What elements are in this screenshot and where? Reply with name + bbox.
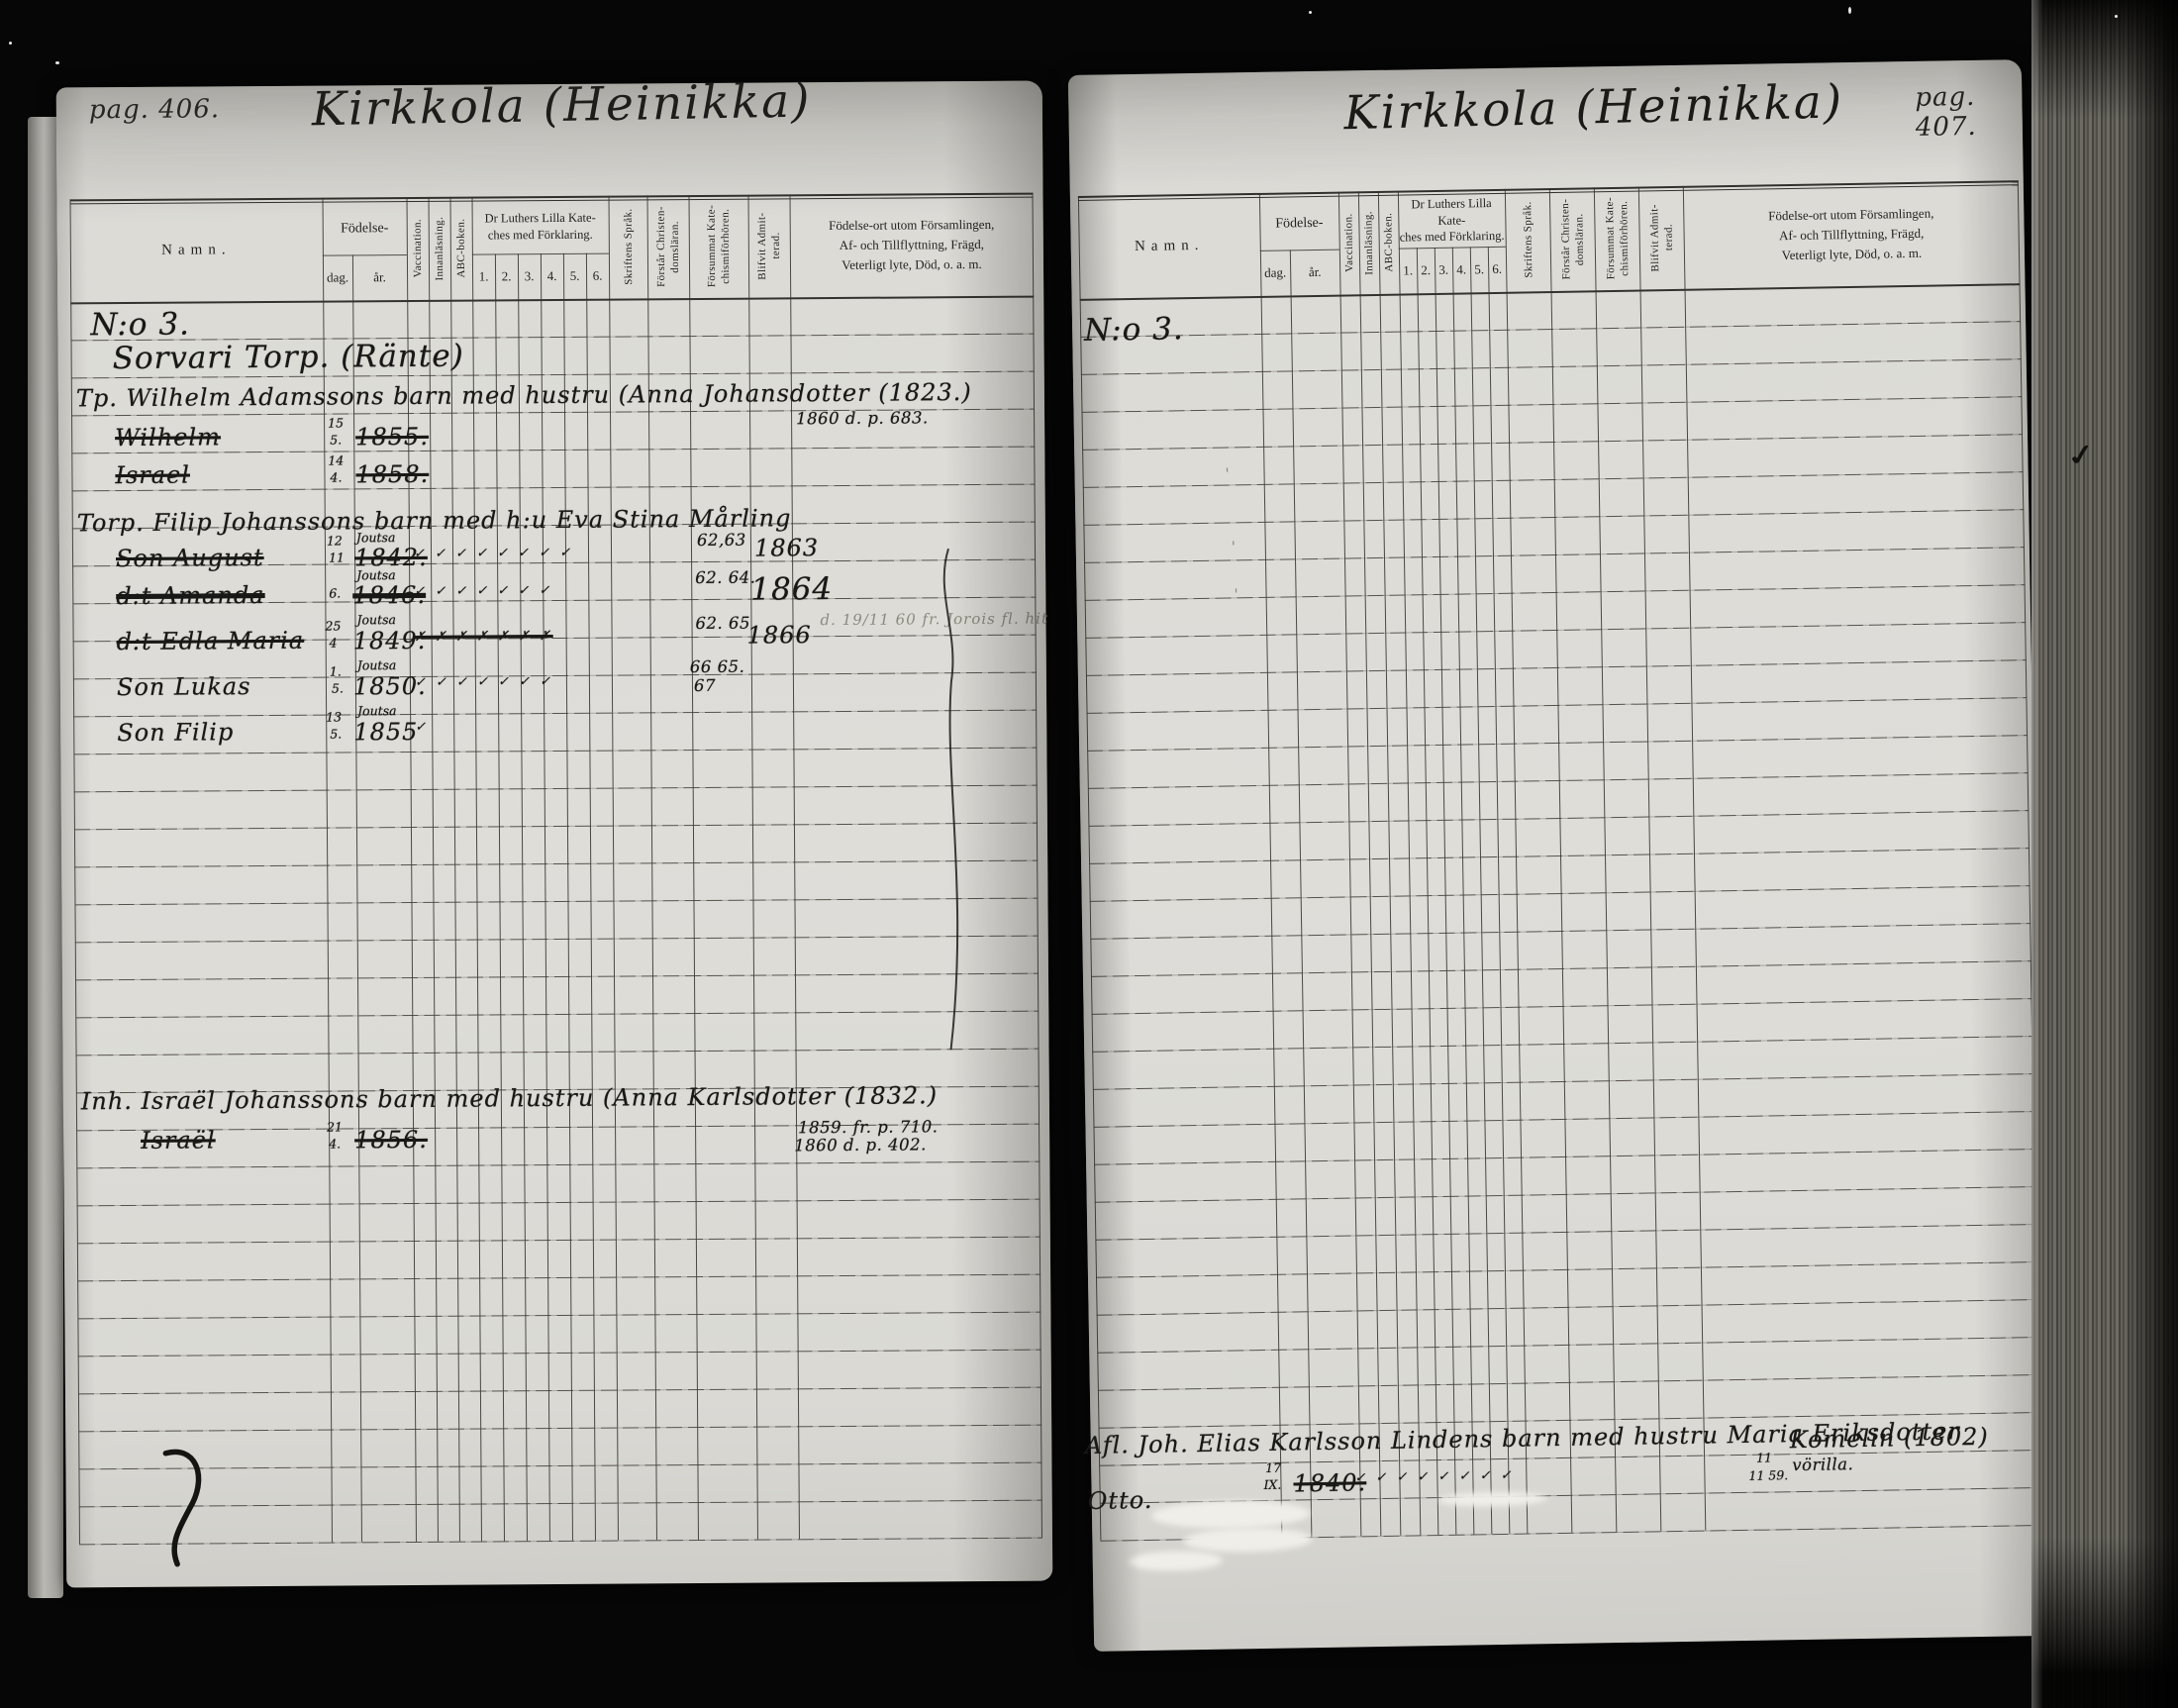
row-line <box>77 1199 1040 1207</box>
column-header-abc-boken-label: ABC-boken. <box>1382 213 1395 272</box>
column-header-forstar-christendomslaran-label: domsläran. <box>1573 213 1586 265</box>
page-title-left: Kirkkola (Heinikka) <box>311 74 812 138</box>
handwritten-entry: Son August <box>116 544 264 572</box>
handwritten-entry: Joutsa <box>356 567 396 582</box>
column-header-forsummat-katechismiforhoren-label: Försummat Kate- <box>1603 197 1616 279</box>
handwritten-entry: ✗ ✗ ✗ ✗ ✗ ✗ ✗ <box>415 629 553 645</box>
handwritten-entry: Joutsa <box>357 703 397 718</box>
column-line <box>1452 248 1475 1535</box>
column-header-forstar-christendomslaran: Förstår Christen-domsläran. <box>1549 189 1596 289</box>
column-header-forsummat-katechismiforhoren-label: chismiförhören. <box>1618 201 1631 276</box>
handwritten-entry: ' <box>1234 585 1237 603</box>
handwritten-entry: N:o 3. <box>90 307 190 344</box>
column-header-namn: Namn. <box>1078 193 1261 299</box>
handwritten-entry: 1860 d. p. 402. <box>794 1135 927 1155</box>
handwritten-entry: 1863 <box>754 534 819 561</box>
handwritten-entry: d. 19/11 60 fr. Jorois fl. hit <box>820 610 1048 630</box>
column-header-blifvit-admitterad: Blifvit Admit-terad. <box>1638 188 1685 288</box>
handwritten-entry: 1855. <box>355 423 429 452</box>
handwritten-entry: ' <box>1225 464 1229 482</box>
handwritten-entry: 15 <box>328 415 344 430</box>
column-line <box>1398 191 1422 1536</box>
column-header-ar: år. <box>1290 250 1340 296</box>
table-right-edge <box>1032 193 1042 1538</box>
column-header-kateches-3: 3. <box>518 253 541 299</box>
column-header-fodelseort: Födelse-ort utom Församlingen,Af- och Ti… <box>789 193 1034 298</box>
row-line <box>79 1500 1042 1508</box>
column-line <box>586 253 596 1541</box>
column-header-kateches-6: 6. <box>586 253 609 299</box>
handwritten-entry: N:o 3. <box>1084 311 1184 349</box>
fodelseort-label-line: Veterligt lyte, Död, o. a. m. <box>841 254 982 275</box>
column-line <box>1638 187 1662 1532</box>
column-header-skriftens-sprak-label: Skriftens Språk. <box>622 209 635 285</box>
row-line <box>73 748 1037 755</box>
column-header-fodelse: Födelse- <box>323 203 407 255</box>
handwritten-entry: 4 <box>330 636 338 651</box>
row-line <box>78 1350 1041 1357</box>
right-page: Kirkkola (Heinikka) pag. 407. Namn.Födel… <box>1068 59 2047 1652</box>
kateches-label-line: ches med Förklaring. <box>1400 228 1505 247</box>
handwritten-entry: 14 <box>328 452 344 467</box>
handwritten-entry: ✓ <box>415 720 429 735</box>
handwritten-entry: 1. <box>330 663 342 678</box>
column-line <box>518 253 528 1541</box>
handwritten-entry: 1864 <box>750 571 833 608</box>
page-title-right: Kirkkola (Heinikka) <box>1343 74 1844 141</box>
row-line <box>76 1161 1039 1169</box>
column-header-skriftens-sprak: Skriftens Språk. <box>609 197 648 296</box>
column-header-kateches-3: 3. <box>1435 248 1453 293</box>
column-line <box>1470 247 1493 1534</box>
handwritten-entry: Son Lukas <box>117 672 251 701</box>
column-header-innanlasning-label: Innanläsning. <box>434 216 445 280</box>
handwritten-entry: 11 <box>329 550 345 564</box>
handwritten-entry: 4. <box>329 1137 341 1152</box>
column-line <box>1594 187 1618 1532</box>
column-header-vaccination: Vaccination. <box>407 199 430 298</box>
fodelseort-label-line: Veterligt lyte, Död, o. a. m. <box>1782 244 1923 265</box>
column-header-skriftens-sprak: Skriftens Språk. <box>1505 190 1551 290</box>
handwritten-entry: 4. <box>330 469 342 484</box>
handwritten-entry: ✓ ✓ ✓ ✓ ✓ ✓ ✓ ✓ <box>414 546 573 561</box>
row-line <box>73 710 1037 718</box>
column-header-abc-boken: ABC-boken. <box>450 199 473 298</box>
column-line <box>563 253 573 1541</box>
book-scan: { "colors":{"paper":"#dcdbd6","ink":"#18… <box>0 0 2178 1708</box>
column-line <box>1338 192 1362 1537</box>
column-header-blifvit-admitterad-label: Blifvit Admit- <box>1648 204 1661 271</box>
handwritten-entry: d:t Amanda <box>116 581 264 610</box>
kateches-label-line: Dr Luthers Lilla Kate- <box>485 210 596 228</box>
handwritten-entry: Joutsa <box>356 530 396 545</box>
handwritten-entry: ' <box>1232 538 1236 555</box>
column-header-forstar-christendomslaran-label: domsläran. <box>669 221 681 273</box>
column-header-forstar-christendomslaran-label: Förstår Christen- <box>1559 199 1572 280</box>
column-header-kateches: Dr Luthers Lilla Kate-ches med Förklarin… <box>472 200 609 254</box>
row-line <box>77 1274 1040 1282</box>
handwritten-entry: 67 <box>694 676 716 695</box>
handwritten-entry: 13 <box>326 709 342 724</box>
column-line <box>1378 191 1402 1536</box>
handwritten-entry: ✓ ✓ ✓ ✓ ✓ ✓ ✓ <box>415 674 553 690</box>
column-header-kateches-1: 1. <box>1399 248 1418 293</box>
handwritten-entry: 1859. fr. p. 710. <box>798 1117 939 1137</box>
dust-speck <box>2115 15 2118 18</box>
row-line <box>74 860 1038 868</box>
column-header-kateches-6: 6. <box>1488 247 1507 292</box>
row-line <box>74 823 1038 831</box>
paper-damage-blob <box>1129 1551 1223 1572</box>
row-line <box>72 484 1036 492</box>
fodelseort-label-line: Födelse-ort utom Församlingen, <box>1768 203 1933 226</box>
column-header-forstar-christendomslaran-label: Förstår Christen- <box>655 206 668 287</box>
handwritten-entry: 6. <box>329 586 341 601</box>
column-header-kateches-2: 2. <box>495 253 518 299</box>
row-line <box>78 1387 1041 1395</box>
handwritten-entry: vörilla. <box>1792 1455 1853 1474</box>
column-header-dag: dag. <box>1260 250 1291 295</box>
column-header-blifvit-admitterad-label: terad. <box>770 233 782 259</box>
handwritten-entry: 25 <box>325 619 341 634</box>
row-line <box>75 936 1039 944</box>
handwritten-entry: Joutsa <box>356 612 396 627</box>
row-line <box>79 1538 1042 1546</box>
column-header-kateches-5: 5. <box>1470 247 1489 292</box>
handwritten-entry: 11 <box>1756 1450 1772 1464</box>
dust-speck <box>1309 11 1312 14</box>
column-line <box>1290 250 1313 1537</box>
handwritten-entry: ✓ ✓ ✓ ✓ ✓ ✓ ✓ ✓ <box>1354 1468 1514 1486</box>
handwritten-entry: 1860 d. p. 683. <box>796 408 929 428</box>
column-header-skriftens-sprak-label: Skriftens Språk. <box>1522 202 1534 278</box>
row-line <box>75 1011 1039 1019</box>
column-header-forsummat-katechismiforhoren: Försummat Kate-chismiförhören. <box>1594 189 1640 289</box>
dust-speck <box>55 61 59 64</box>
handwritten-entry: 5. <box>330 726 342 741</box>
handwritten-entry: 1858. <box>355 460 429 489</box>
handwritten-entry: Sorvari Torp. (Ränte) <box>113 339 464 376</box>
column-header-vaccination: Vaccination. <box>1338 193 1360 292</box>
column-header-kateches-1: 1. <box>472 253 495 299</box>
handwritten-entry: Komelin (1802) <box>1790 1423 1989 1454</box>
handwritten-entry: Israel <box>115 461 190 490</box>
column-header-kateches: Dr Luthers Lilla Kate-ches med Förklarin… <box>1398 193 1506 249</box>
column-line <box>541 253 550 1541</box>
column-header-namn: Namn. <box>70 198 324 303</box>
handwritten-entry: 62. 65 <box>695 614 750 633</box>
column-header-abc-boken-label: ABC-boken. <box>455 219 467 278</box>
fodelseort-label-line: Födelse-ort utom Församlingen, <box>829 215 994 236</box>
column-header-dag: dag. <box>323 254 352 300</box>
handwritten-entry: 17 <box>1265 1460 1281 1475</box>
column-header-fodelseort: Födelse-ort utom Församlingen,Af- och Ti… <box>1683 180 2021 289</box>
handwritten-entry: 5. <box>330 432 342 447</box>
fodelseort-label-line: Af- och Tillflyttning, Frägd, <box>840 235 984 255</box>
handwritten-entry: Son Filip <box>117 718 234 747</box>
row-line <box>78 1425 1041 1433</box>
column-header-kateches-5: 5. <box>563 253 586 299</box>
column-header-vaccination-label: Vaccination. <box>1342 214 1355 273</box>
page-edge-shading <box>2031 0 2178 1708</box>
column-line <box>1488 247 1511 1534</box>
table-left-edge <box>1078 196 1102 1541</box>
handwritten-entry: 1855 <box>353 718 418 746</box>
handwritten-entry: 1866 <box>747 621 812 649</box>
dust-speck <box>9 42 12 45</box>
handwritten-entry: 12 <box>327 533 343 548</box>
column-header-kateches-4: 4. <box>541 253 563 299</box>
left-page: pag. 406. Kirkkola (Heinikka) Namn.Födel… <box>56 81 1053 1588</box>
handwritten-entry: Torp. Filip Johanssons barn med h:u Eva … <box>77 504 792 537</box>
kateches-label-line: Dr Luthers Lilla Kate- <box>1398 194 1506 230</box>
column-header-innanlasning-label: Innanläsning. <box>1362 211 1375 275</box>
column-line <box>1358 191 1382 1536</box>
handwritten-entry: d:t Edla Maria <box>117 627 305 655</box>
kateches-label-line: ches med Förklaring. <box>488 227 593 245</box>
handwritten-entry: 21 <box>327 1120 343 1135</box>
row-line <box>74 785 1038 793</box>
column-line <box>1505 189 1529 1534</box>
column-header-vaccination-label: Vaccination. <box>412 219 424 278</box>
handwritten-entry: 5. <box>332 680 344 695</box>
handwritten-entry: 11 59. <box>1748 1467 1788 1483</box>
column-header-forsummat-katechismiforhoren: Försummat Kate-chismiförhören. <box>689 197 749 296</box>
column-header-ar: år. <box>352 254 407 300</box>
handwritten-entry: Joutsa <box>357 657 397 672</box>
handwritten-entry: 1856. <box>354 1126 428 1155</box>
row-line <box>78 1462 1041 1470</box>
census-table-right: Namn.Födelse-dag.år.Vaccination.Innanläs… <box>1078 180 2040 1541</box>
handwritten-entry: 66 65. <box>690 657 745 676</box>
column-header-innanlasning: Innanläsning. <box>429 199 451 298</box>
row-line <box>75 973 1039 981</box>
handwritten-entry: Wilhelm <box>115 423 221 452</box>
column-header-kateches-4: 4. <box>1452 247 1471 292</box>
column-line <box>1435 248 1457 1535</box>
column-header-forsummat-katechismiforhoren-label: chismiförhören. <box>720 209 733 284</box>
column-line <box>1683 186 1707 1531</box>
column-header-abc-boken: ABC-boken. <box>1378 193 1400 292</box>
handwritten-entry: Israël <box>141 1126 216 1155</box>
column-line <box>1417 248 1439 1535</box>
handwritten-entry: 62. 64. <box>695 568 755 587</box>
page-number-right: pag. 407. <box>1915 81 2023 143</box>
handwriting-overlay-right: N:o 3.'''Afl. Joh. Elias Karlsson Linden… <box>1068 59 2022 75</box>
column-header-forstar-christendomslaran: Förstår Christen-domsläran. <box>647 197 690 296</box>
column-header-fodelse: Födelse- <box>1259 198 1339 251</box>
column-header-blifvit-admitterad: Blifvit Admit-terad. <box>748 196 791 295</box>
row-line <box>76 1049 1039 1056</box>
handwritten-entry: Otto. <box>1088 1486 1153 1515</box>
column-header-forsummat-katechismiforhoren-label: Försummat Kate- <box>706 205 719 287</box>
page-number-left: pag. 406. <box>89 94 220 125</box>
row-line <box>74 898 1038 906</box>
column-header-kateches-2: 2. <box>1417 248 1435 293</box>
dust-speck <box>1848 7 1851 14</box>
column-header-blifvit-admitterad-label: Blifvit Admit- <box>756 212 768 279</box>
book-page-edges-right: ✓ <box>2031 0 2178 1708</box>
column-line <box>495 253 505 1541</box>
handwritten-entry: ✓ ✓ ✓ ✓ ✓ ✓ ✓ <box>414 583 552 599</box>
column-line <box>1549 188 1573 1533</box>
row-line <box>77 1237 1040 1245</box>
row-line <box>77 1312 1040 1320</box>
handwritten-entry: 62,63 <box>697 531 746 550</box>
handwritten-entry: IX. <box>1263 1477 1281 1492</box>
fodelseort-label-line: Af- och Tillflyttning, Frägd, <box>1779 224 1925 247</box>
column-header-innanlasning: Innanläsning. <box>1358 193 1380 292</box>
column-header-blifvit-admitterad-label: terad. <box>1662 224 1674 251</box>
column-line <box>1259 193 1283 1538</box>
